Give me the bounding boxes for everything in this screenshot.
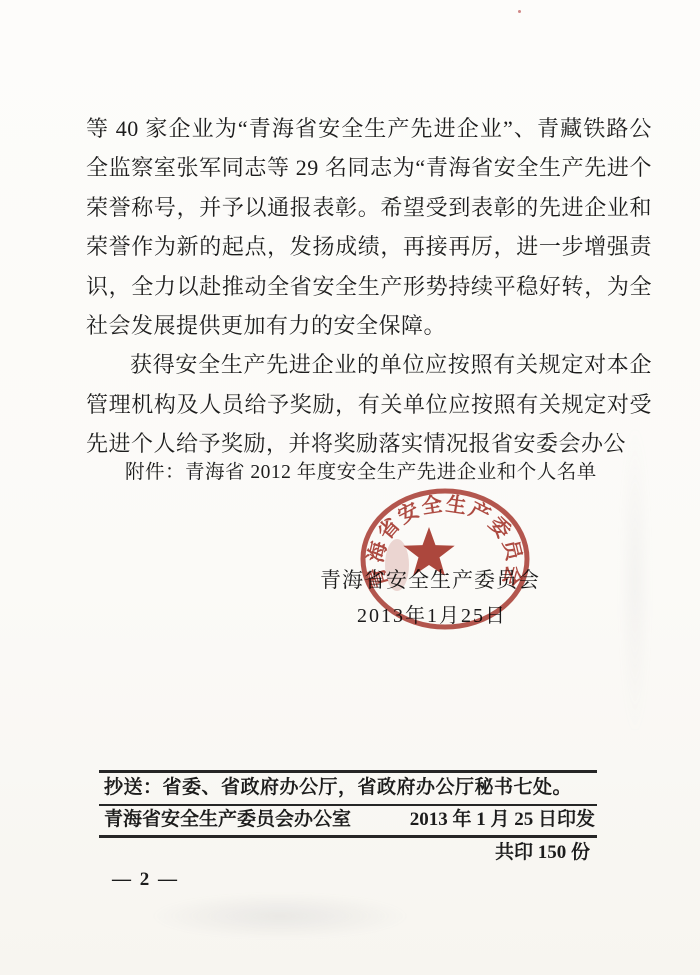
body-line: 荣誉作为新的起点，发扬成绩，再接再厉，进一步增强责任意 — [86, 227, 652, 266]
scan-smudge — [620, 430, 650, 730]
body-line: 社会发展提供更加有力的安全保障。 — [86, 306, 652, 345]
body-line: 识，全力以赴推动全省安全生产形势持续平稳好转，为全省经济 — [86, 267, 652, 306]
footer-rule-top — [99, 770, 597, 773]
issue-row: 青海省安全生产委员会办公室 2013 年 1 月 25 日印发 — [104, 806, 595, 834]
issuing-office: 青海省安全生产委员会办公室 — [104, 806, 351, 834]
seal-ink-smudge — [385, 539, 409, 591]
body-line: 荣誉称号，并予以通报表彰。希望受到表彰的先进企业和个人把 — [86, 188, 652, 227]
body-line: 等 40 家企业为“青海省安全生产先进企业”、青藏铁路公司安 — [86, 109, 652, 148]
footer-rule-bottom — [99, 835, 597, 838]
print-date: 2013 年 1 月 25 日印发 — [410, 806, 595, 834]
body-line: 先进个人给予奖励，并将奖励落实情况报省安委会办公室。 — [86, 424, 652, 463]
official-seal: 青海省安全生产委员会 — [352, 483, 538, 637]
body-line: 全监察室张军同志等 29 名同志为“青海省安全生产先进个人” — [86, 148, 652, 187]
print-copies: 共印 150 份 — [104, 840, 590, 866]
scan-smudge — [150, 893, 410, 939]
cc-line: 抄送：省委、省政府办公厅，省政府办公厅秘书七处。 — [104, 774, 595, 802]
document-page: 等 40 家企业为“青海省安全生产先进企业”、青藏铁路公司安 全监察室张军同志等… — [0, 0, 700, 975]
ink-speck — [518, 10, 521, 13]
body-line: 获得安全生产先进企业的单位应按照有关规定对本企业安全 — [86, 345, 652, 384]
body-line: 管理机构及人员给予奖励，有关单位应按照有关规定对受表彰的 — [86, 385, 652, 424]
page-number: — 2 — — [112, 869, 179, 891]
seal-star-icon — [403, 527, 454, 576]
body-text: 等 40 家企业为“青海省安全生产先进企业”、青藏铁路公司安 全监察室张军同志等… — [86, 109, 652, 464]
